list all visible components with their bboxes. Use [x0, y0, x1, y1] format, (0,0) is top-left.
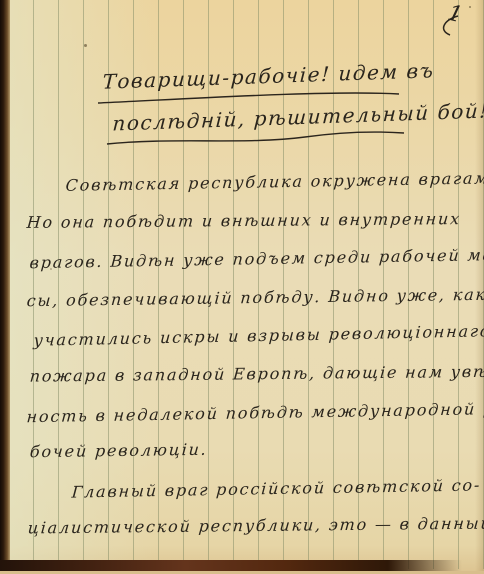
manuscript-line: бочей революціи. [29, 440, 208, 461]
binding-edge [0, 0, 10, 574]
title-underline-2 [105, 128, 407, 148]
page-number-block: 1 [428, 2, 476, 44]
manuscript-line: Но она побѣдит и внѣшних и внутренних [26, 209, 462, 232]
paper-speckle [84, 44, 87, 47]
ink-dot [469, 6, 471, 8]
paper-speckle [50, 268, 52, 270]
bottom-edge-shadow [0, 560, 462, 571]
manuscript-page-scan: 1 Товарищи-рабочіе! идем въ послѣдній, р… [0, 0, 484, 574]
